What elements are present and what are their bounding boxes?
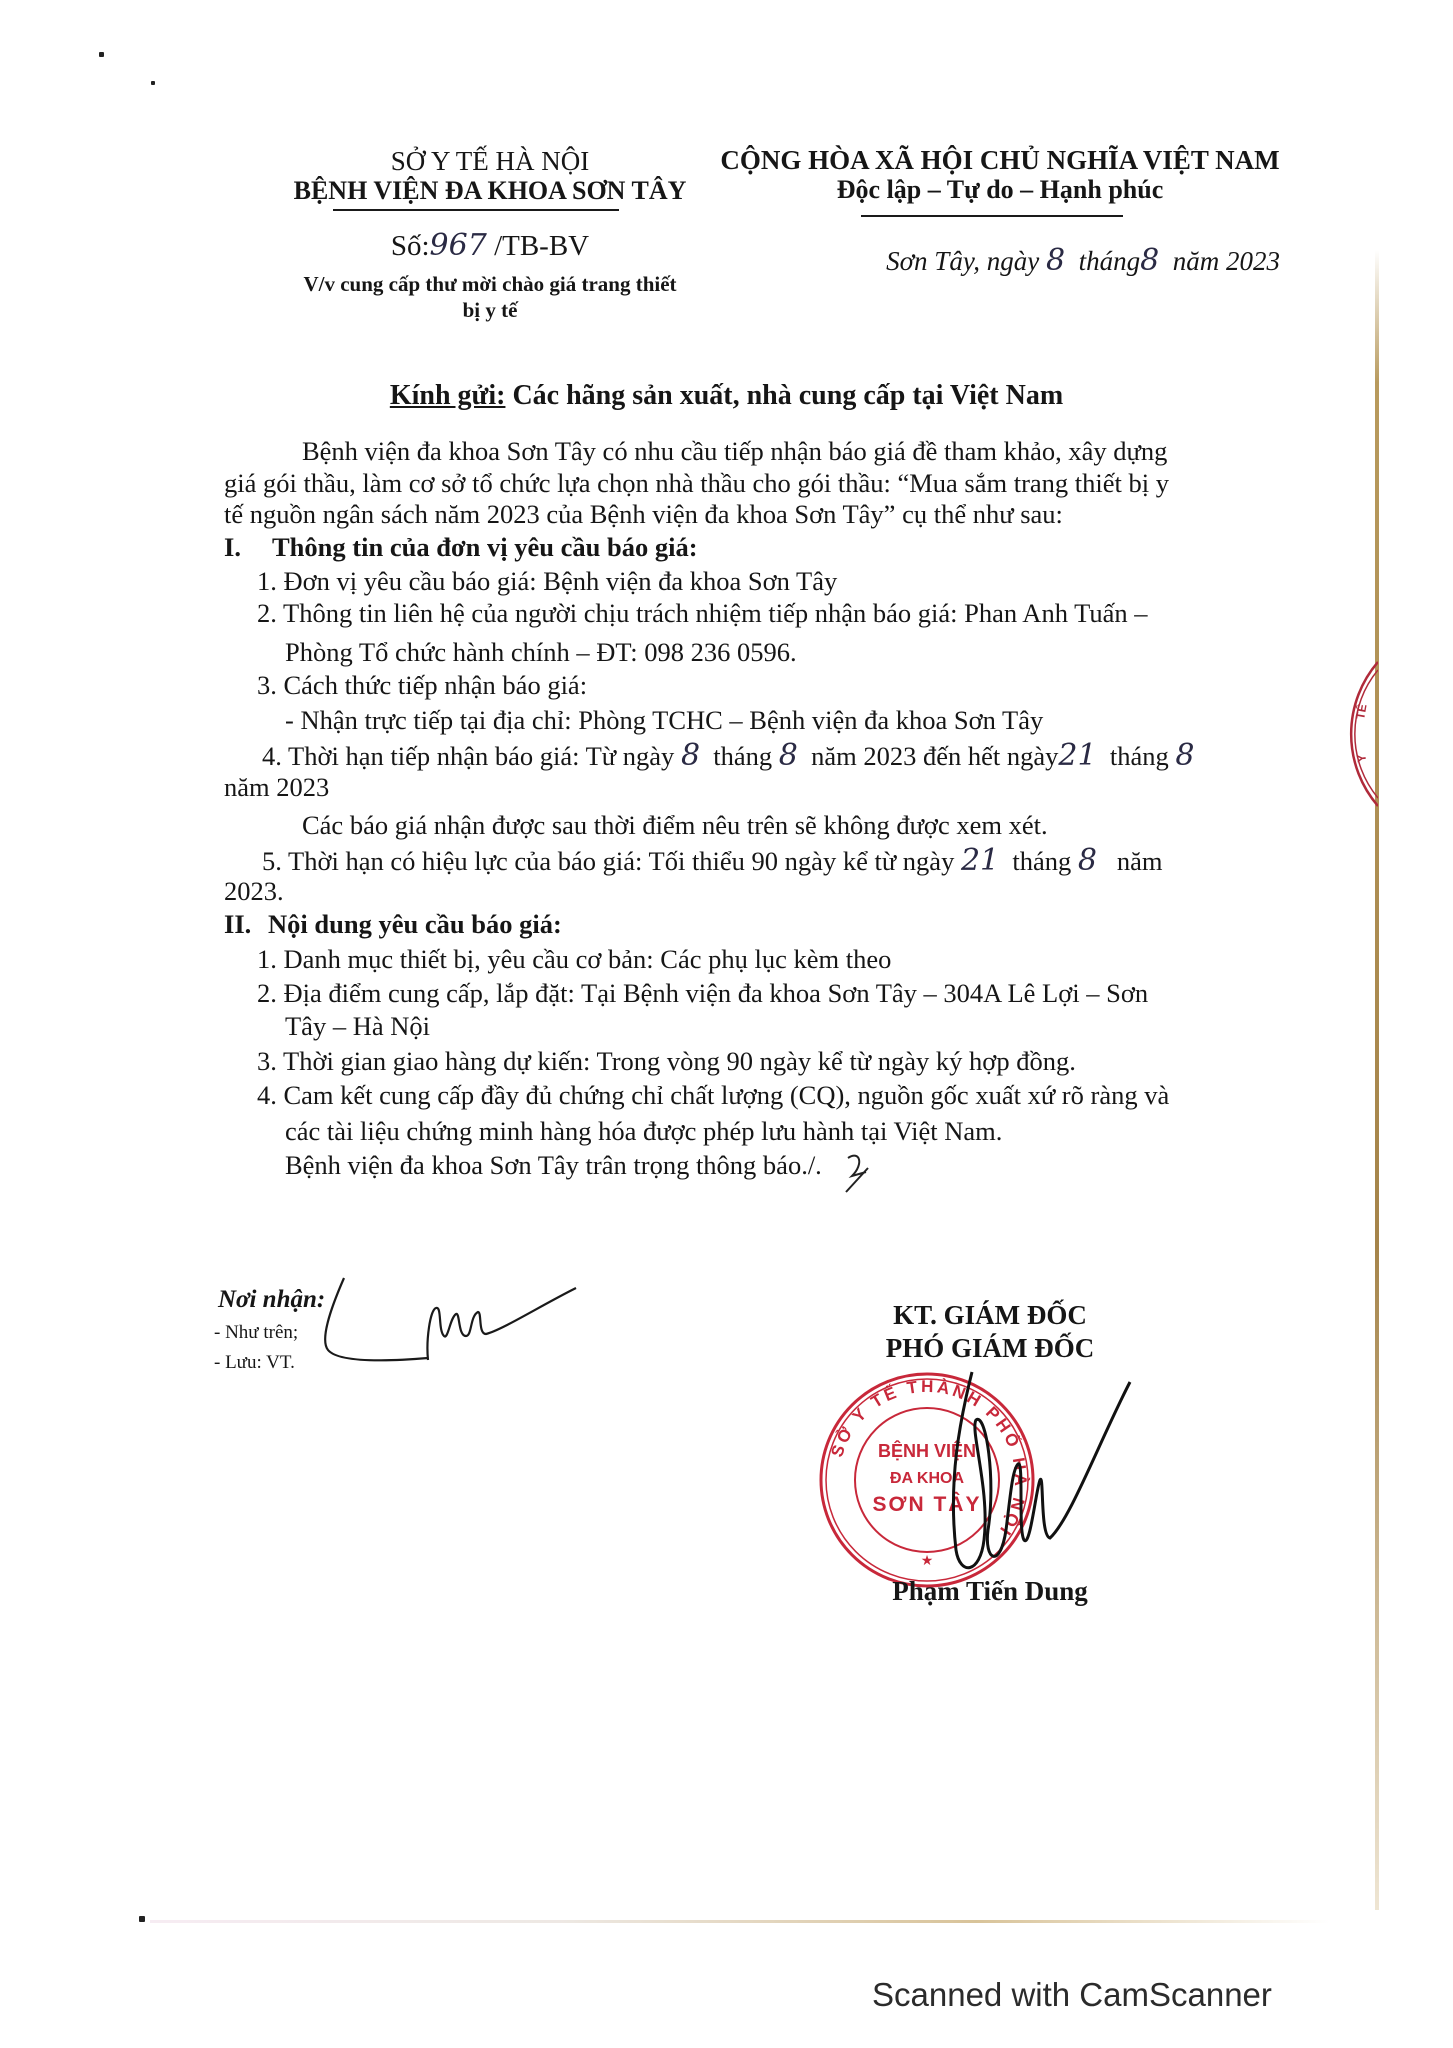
organization-name: BỆNH VIỆN ĐA KHOA SƠN TÂY	[230, 176, 750, 206]
section-2-title: Nội dung yêu cầu báo giá:	[268, 911, 562, 938]
partial-stamp-icon: TẾ Y	[1338, 660, 1378, 808]
item-4-month-from: 8	[779, 738, 798, 773]
motto-underline	[861, 215, 1123, 217]
section-1-numeral: I.	[224, 534, 241, 561]
section-2-item-3: 3. Thời gian giao hàng dự kiến: Trong vò…	[257, 1048, 1076, 1075]
issue-date: Sơn Tây, ngày 8 tháng8 năm 2023	[780, 243, 1280, 278]
closing-line: Bệnh viện đa khoa Sơn Tây trân trọng thô…	[285, 1152, 822, 1179]
camscanner-watermark: Scanned with CamScanner	[872, 1976, 1272, 2014]
page-bottom-edge	[150, 1920, 1330, 1923]
section-2-item-2a: 2. Địa điểm cung cấp, lắp đặt: Tại Bệnh …	[257, 980, 1148, 1007]
director-signature-icon	[900, 1360, 1150, 1590]
section-1-item-3-sub: - Nhận trực tiếp tại địa chỉ: Phòng TCHC…	[285, 707, 1043, 734]
section-1-item-2a: 2. Thông tin liên hệ của người chịu trác…	[257, 600, 1147, 627]
recipients-item-1: - Như trên;	[214, 1322, 298, 1344]
section-1-item-4: 4. Thời hạn tiếp nhận báo giá: Từ ngày 8…	[262, 741, 1194, 771]
scan-speck	[139, 1916, 145, 1922]
recipients-item-2: - Lưu: VT.	[214, 1352, 295, 1374]
item-5-day: 21	[961, 843, 999, 878]
document-subject-line-2: bị y tế	[230, 298, 750, 323]
document-subject-line-1: V/v cung cấp thư mời chào giá trang thiế…	[230, 272, 750, 297]
date-month: 8	[1140, 243, 1159, 278]
item-5-year-label: năm	[1117, 846, 1163, 876]
parent-organization: SỞ Y TẾ HÀ NỘI	[230, 146, 750, 177]
date-day: 8	[1046, 243, 1065, 278]
section-1-item-5-cont: 2023.	[224, 878, 284, 905]
recipients-label: Nơi nhận:	[218, 1286, 325, 1314]
section-2-item-2b: Tây – Hà Nội	[285, 1013, 430, 1040]
date-year: năm 2023	[1173, 246, 1280, 276]
signer-name: Phạm Tiến Dung	[820, 1576, 1160, 1607]
item-4-month-label: tháng	[1110, 741, 1169, 771]
number-suffix: /TB-BV	[494, 230, 589, 262]
initial-mark-icon	[838, 1150, 878, 1195]
section-2-item-4a: 4. Cam kết cung cấp đầy đủ chứng chỉ chấ…	[257, 1082, 1169, 1109]
section-1-item-3: 3. Cách thức tiếp nhận báo giá:	[257, 672, 587, 699]
item-5-month-label: tháng	[1012, 846, 1071, 876]
item-5-text: 5. Thời hạn có hiệu lực của báo giá: Tối…	[262, 846, 954, 876]
section-1-item-4-note: Các báo giá nhận được sau thời điểm nêu …	[302, 812, 1048, 839]
date-month-label: tháng	[1079, 246, 1141, 276]
svg-text:TẾ: TẾ	[1352, 703, 1369, 721]
page-edge-shadow	[1375, 250, 1379, 1910]
section-2-item-1: 1. Danh mục thiết bị, yêu cầu cơ bản: Cá…	[257, 946, 891, 973]
salutation-recipients: Các hãng sản xuất, nhà cung cấp tại Việt…	[512, 380, 1063, 411]
item-4-day-from: 8	[681, 738, 700, 773]
item-4-mid-text: năm 2023 đến hết ngày	[811, 741, 1058, 771]
date-place: Sơn Tây, ngày	[886, 246, 1039, 276]
section-1-item-4-cont: năm 2023	[224, 774, 329, 801]
org-name-underline	[333, 209, 619, 211]
intro-line-3: tế nguồn ngân sách năm 2023 của Bệnh việ…	[224, 501, 1063, 528]
item-4-text: 4. Thời hạn tiếp nhận báo giá: Từ ngày	[262, 741, 674, 771]
national-title: CỘNG HÒA XÃ HỘI CHỦ NGHĨA VIỆT NAM	[700, 145, 1300, 176]
item-5-month: 8	[1078, 843, 1097, 878]
number-handwritten: 967	[430, 228, 487, 263]
intro-line-1: Bệnh viện đa khoa Sơn Tây có nhu cầu tiế…	[302, 438, 1167, 465]
salutation: Kính gửi: Các hãng sản xuất, nhà cung cấ…	[0, 380, 1453, 412]
section-1-item-2b: Phòng Tổ chức hành chính – ĐT: 098 236 0…	[285, 639, 797, 666]
number-prefix: Số:	[391, 230, 430, 262]
scan-speck	[151, 81, 155, 85]
item-4-day-to: 21	[1058, 738, 1096, 773]
document-number: Số:967 /TB-BV	[230, 228, 750, 263]
salutation-label: Kính gửi:	[390, 380, 506, 411]
signature-on-behalf: KT. GIÁM ĐỐC	[820, 1300, 1160, 1331]
item-4-month-to: 8	[1175, 738, 1194, 773]
svg-text:Y: Y	[1354, 754, 1369, 763]
section-2-numeral: II.	[224, 911, 251, 938]
national-motto: Độc lập – Tự do – Hạnh phúc	[700, 175, 1300, 205]
intro-line-2: giá gói thầu, làm cơ sở tổ chức lựa chọn…	[224, 470, 1169, 497]
section-1-title: Thông tin của đơn vị yêu cầu báo giá:	[272, 534, 698, 561]
section-1-item-1: 1. Đơn vị yêu cầu báo giá: Bệnh viện đa …	[257, 568, 837, 595]
initials-signature-icon	[320, 1270, 590, 1390]
item-4-month-label: tháng	[713, 741, 772, 771]
scan-speck	[99, 52, 104, 57]
section-1-item-5: 5. Thời hạn có hiệu lực của báo giá: Tối…	[262, 846, 1162, 876]
section-2-item-4b: các tài liệu chứng minh hàng hóa được ph…	[285, 1118, 1002, 1145]
